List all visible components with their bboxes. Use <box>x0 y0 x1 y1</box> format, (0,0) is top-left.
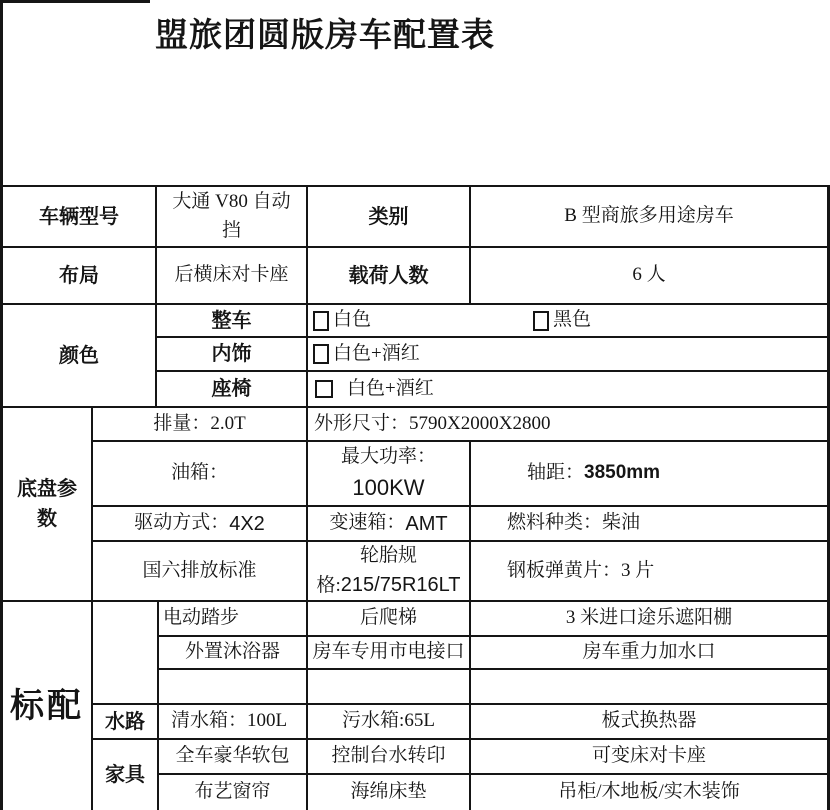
standard-cell-empty <box>471 670 827 705</box>
tire-line1: 轮胎规 <box>360 542 417 570</box>
section-color: 颜色 整车 白色 黑色 内饰 白色+酒红 座椅 <box>3 305 827 408</box>
color-interior-options: 白色+酒红 <box>308 338 827 372</box>
drive-label: 驱动方式： <box>134 509 229 538</box>
checkbox-icon <box>533 311 549 331</box>
standard-cell: 吊柜/木地板/实木装饰 <box>471 775 827 810</box>
standard-cell: 清水箱：100L <box>159 705 308 740</box>
color-body-options: 白色 黑色 <box>308 305 827 338</box>
leaf-spring-cell: 钢板弹黄片：3 片 <box>471 542 827 602</box>
color-option-label: 白色+酒红 <box>333 340 420 369</box>
standard-cell: 海绵床垫 <box>308 775 471 810</box>
standard-cell: 全车豪华软包 <box>159 740 308 775</box>
color-row-body-label: 整车 <box>157 305 308 338</box>
standard-cell: 污水箱:65L <box>308 705 471 740</box>
max-power-value: 100KW <box>352 471 424 504</box>
standard-label: 标配 <box>3 602 93 810</box>
color-seat-options: 白色+酒红 <box>308 372 827 408</box>
category-label: 类别 <box>308 187 471 248</box>
gearbox-cell: 变速箱： AMT <box>308 507 471 542</box>
dimensions-cell: 外形尺寸：5790X2000X2800 <box>308 408 827 442</box>
standard-cell: 房车专用市电接口 <box>308 637 471 670</box>
section-basic-info: 车辆型号 大通 V80 自动挡 类别 B 型商旅多用途房车 布局 后横床对卡座 … <box>3 187 827 305</box>
color-option-white-wine: 白色+酒红 <box>315 375 434 404</box>
section-chassis: 底盘参数 排量：2.0T 外形尺寸：5790X2000X2800 油箱： 最大功… <box>3 408 827 602</box>
spec-sheet-page: 盟旅团圆版房车配置表 车辆型号 大通 V80 自动挡 类别 B 型商旅多用途房车… <box>0 0 830 810</box>
standard-cell: 外置沐浴器 <box>159 637 308 670</box>
standard-cell: 板式换热器 <box>471 705 827 740</box>
standard-group-water-label: 水路 <box>93 705 159 740</box>
layout-label: 布局 <box>3 248 157 305</box>
fuel-type-cell: 燃料种类：柴油 <box>471 507 827 542</box>
standard-cell: 房车重力加水口 <box>471 637 827 670</box>
standard-cell-empty <box>308 670 471 705</box>
vehicle-model-label: 车辆型号 <box>3 187 157 248</box>
wheelbase-cell: 轴距： 3850mm <box>471 442 827 507</box>
color-row-seat-label: 座椅 <box>157 372 308 408</box>
max-power-cell: 最大功率： 100KW <box>308 442 471 507</box>
color-option-label: 黑色 <box>553 306 591 335</box>
capacity-label: 载荷人数 <box>308 248 471 305</box>
max-power-label: 最大功率： <box>341 443 436 472</box>
gearbox-value: AMT <box>405 509 447 539</box>
emission-cell: 国六排放标准 <box>93 542 308 602</box>
color-option-white-wine: 白色+酒红 <box>313 340 420 369</box>
tire-line2-value: 215/75R16LT <box>341 574 461 596</box>
color-label: 颜色 <box>3 305 157 408</box>
tire-line2-prefix: 格: <box>317 575 341 596</box>
standard-cell: 后爬梯 <box>308 602 471 637</box>
layout-value: 后横床对卡座 <box>157 248 308 305</box>
capacity-value: 6 人 <box>471 248 827 305</box>
standard-group-empty-cell <box>93 602 159 705</box>
gearbox-label: 变速箱： <box>329 509 405 538</box>
drive-cell: 驱动方式： 4X2 <box>93 507 308 542</box>
checkbox-icon <box>315 380 333 398</box>
color-row-interior-label: 内饰 <box>157 338 308 372</box>
standard-cell: 控制台水转印 <box>308 740 471 775</box>
color-option-white: 白色 <box>313 306 533 335</box>
displacement-cell: 排量：2.0T <box>93 408 308 442</box>
color-option-label: 白色 <box>333 306 371 335</box>
tire-cell: 轮胎规 格:215/75R16LT <box>308 542 471 602</box>
section-standard: 标配 电动踏步 后爬梯 3 米进口途乐遮阳棚 外置沐浴器 房车专用市电接口 房车… <box>3 602 827 810</box>
standard-group-furniture-label: 家具 <box>93 740 159 810</box>
chassis-label: 底盘参数 <box>3 408 93 602</box>
checkbox-icon <box>313 344 329 364</box>
wheelbase-label: 轴距： <box>527 459 584 488</box>
standard-cell: 电动踏步 <box>159 602 308 637</box>
color-option-black: 黑色 <box>533 306 591 335</box>
page-title: 盟旅团圆版房车配置表 <box>3 0 830 56</box>
wheelbase-value: 3850mm <box>584 459 660 488</box>
fuel-tank-cell: 油箱： <box>93 442 308 507</box>
config-table: 车辆型号 大通 V80 自动挡 类别 B 型商旅多用途房车 布局 后横床对卡座 … <box>0 185 830 810</box>
vehicle-model-value: 大通 V80 自动挡 <box>157 187 308 248</box>
checkbox-icon <box>313 311 329 331</box>
standard-cell: 可变床对卡座 <box>471 740 827 775</box>
standard-cell: 3 米进口途乐遮阳棚 <box>471 602 827 637</box>
top-border-segment <box>3 0 150 3</box>
title-area: 盟旅团圆版房车配置表 <box>0 0 830 185</box>
category-value: B 型商旅多用途房车 <box>471 187 827 248</box>
standard-cell-empty <box>159 670 308 705</box>
standard-cell: 布艺窗帘 <box>159 775 308 810</box>
color-option-label: 白色+酒红 <box>347 375 434 404</box>
drive-value: 4X2 <box>229 509 265 539</box>
tire-line2: 格:215/75R16LT <box>317 570 461 601</box>
